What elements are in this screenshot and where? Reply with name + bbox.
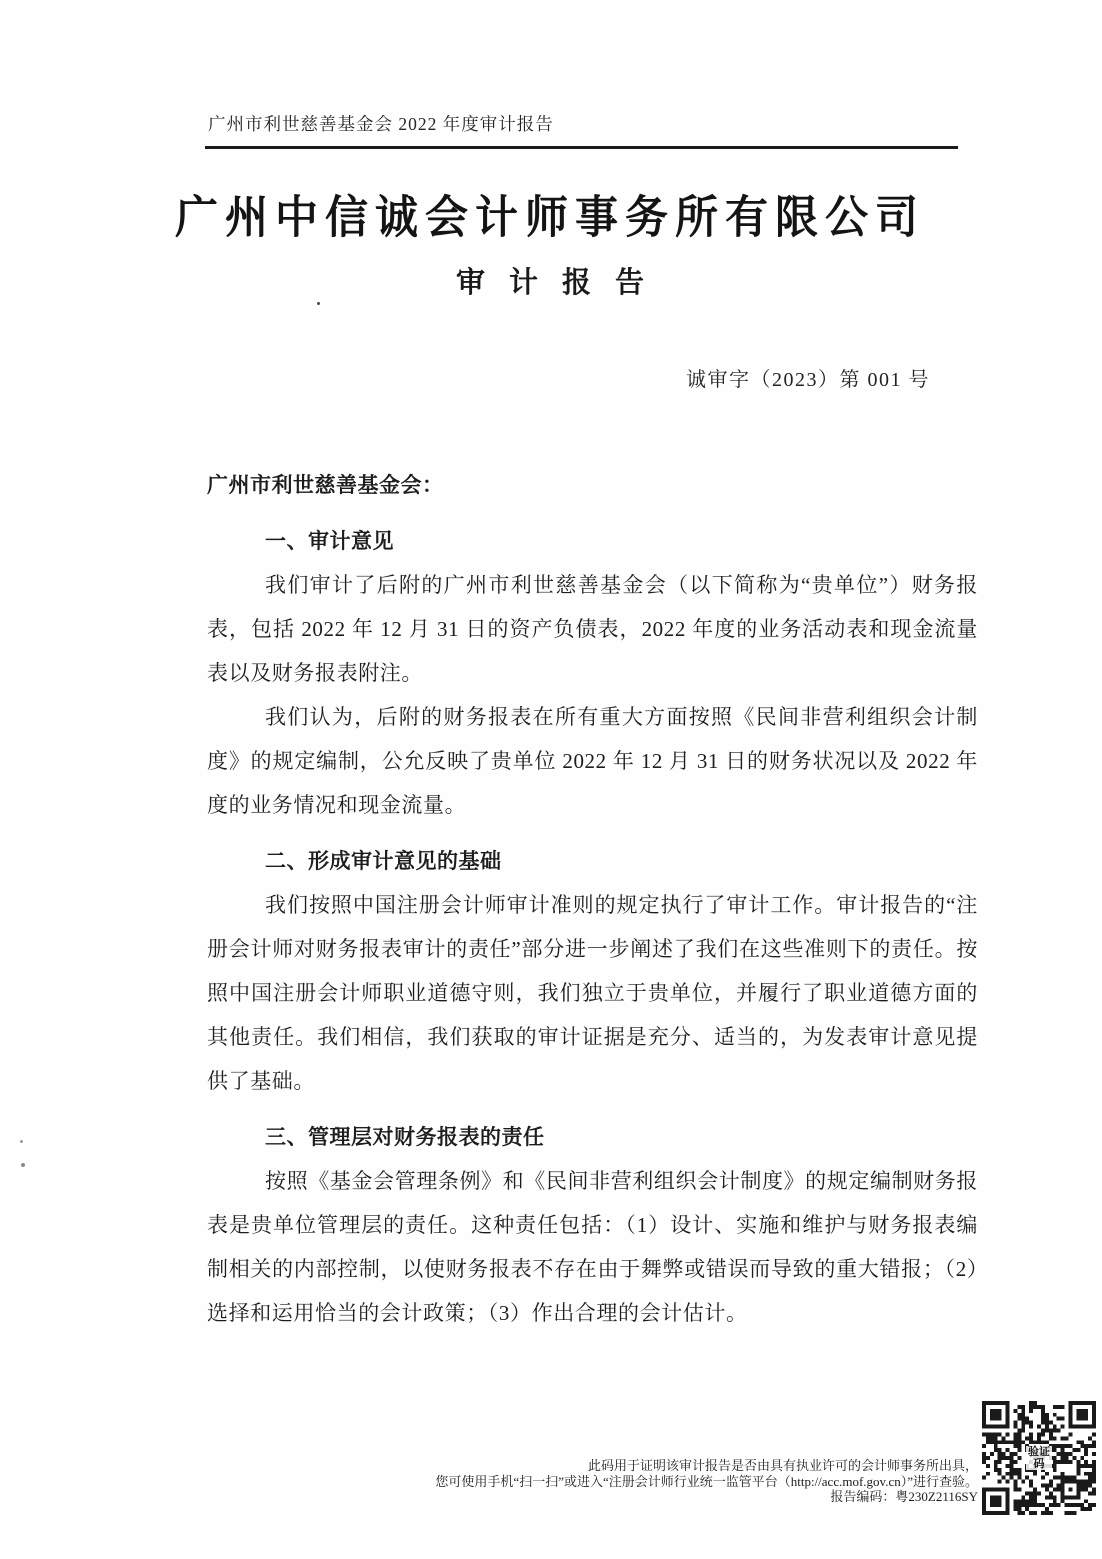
- scan-artifact-dot: [317, 302, 320, 305]
- scan-artifact-dot: [20, 1140, 23, 1143]
- section-heading-audit-opinion: 一、审计意见: [207, 519, 978, 563]
- qr-center-label: 验证码: [1026, 1446, 1052, 1470]
- audit-report-page: 广州市利世慈善基金会 2022 年度审计报告 广州中信诚会计师事务所有限公司 审…: [0, 0, 1102, 1559]
- qr-code: 验证码: [982, 1398, 1096, 1518]
- doc-title: 审计报告: [130, 260, 970, 301]
- paragraph-opinion-1: 我们审计了后附的广州市利世慈善基金会（以下简称为“贵单位”）财务报表，包括 20…: [207, 563, 978, 695]
- paragraph-opinion-2: 我们认为，后附的财务报表在所有重大方面按照《民间非营利组织会计制度》的规定编制，…: [207, 695, 978, 827]
- scan-artifact-dot: [21, 1163, 25, 1167]
- verification-note-line2: 您可使用手机“扫一扫”或进入“注册会计师行业统一监管平台（http://acc.…: [338, 1474, 978, 1490]
- paragraph-management-responsibility: 按照《基金会管理条例》和《民间非营利组织会计制度》的规定编制财务报表是贵单位管理…: [207, 1159, 978, 1335]
- section-heading-management-responsibility: 三、管理层对财务报表的责任: [207, 1115, 978, 1159]
- firm-title: 广州中信诚会计师事务所有限公司: [130, 183, 970, 246]
- report-code: 报告编码：粤230Z2116SY: [338, 1489, 978, 1505]
- verification-note-line1: 此码用于证明该审计报告是否由具有执业许可的会计师事务所出具，: [338, 1458, 978, 1474]
- verification-note: 此码用于证明该审计报告是否由具有执业许可的会计师事务所出具， 您可使用手机“扫一…: [338, 1458, 978, 1505]
- section-heading-basis-for-opinion: 二、形成审计意见的基础: [207, 839, 978, 883]
- paragraph-basis: 我们按照中国注册会计师审计准则的规定执行了审计工作。审计报告的“注册会计师对财务…: [207, 883, 978, 1103]
- addressee: 广州市利世慈善基金会：: [207, 463, 978, 507]
- header-rule: [205, 146, 958, 149]
- reference-number: 诚审字（2023）第 001 号: [686, 363, 930, 392]
- running-header: 广州市利世慈善基金会 2022 年度审计报告: [208, 111, 554, 136]
- report-body: 广州市利世慈善基金会： 一、审计意见 我们审计了后附的广州市利世慈善基金会（以下…: [207, 463, 978, 1335]
